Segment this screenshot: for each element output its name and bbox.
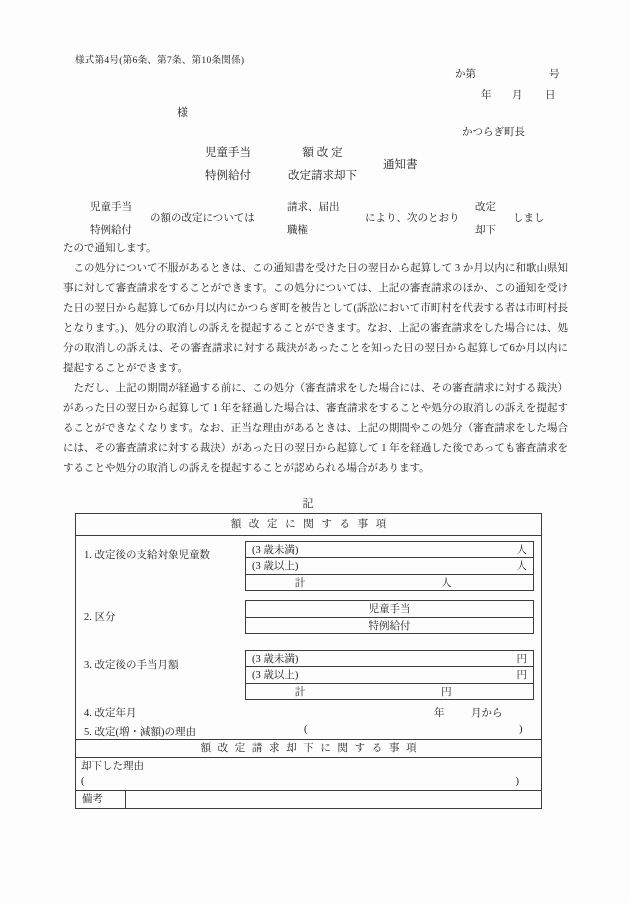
amount-total-row: 計 円 [246, 684, 533, 699]
children-count-box: (3 歳未満) 人 (3 歳以上) 人 計 人 [245, 541, 534, 591]
children-total-unit: 人 [441, 575, 452, 590]
item4-label: 4. 改定年月 [84, 705, 137, 720]
children-total-row: 計 人 [246, 575, 533, 590]
children-total-label: 計 [295, 575, 306, 590]
title-suffix-notice: 通知書 [383, 156, 418, 172]
rejection-reason-cell: 却下した理由 ( ) [76, 758, 541, 791]
item5-paren-close: ) [519, 724, 523, 735]
remarks-value-cell [126, 791, 541, 808]
item3-label: 3. 改定後の手当月額 [84, 657, 179, 672]
children-under3-unit: 人 [517, 542, 528, 557]
intro-benefit-options: 児童手当 特例給付 [90, 196, 132, 242]
amount-under3-unit: 円 [517, 651, 528, 666]
intro-option-revised: 改定 [475, 196, 496, 219]
amount-total-unit: 円 [441, 684, 452, 699]
title-action-options: 額 改 定 改定請求却下 [288, 142, 357, 188]
title-option-child-allowance: 児童手当 [205, 142, 251, 165]
remarks-row: 備考 [76, 791, 541, 808]
doc-number-suffix: 号 [549, 66, 560, 81]
intro-option-rejected: 却下 [475, 219, 496, 242]
item1-label: 1. 改定後の支給対象児童数 [84, 547, 210, 562]
table-header-amount-revision: 額 改 定 に 関 す る 事 項 [76, 514, 541, 536]
intro-result-options: 改定 却下 [475, 196, 496, 242]
amount-over3-label: (3 歳以上) [252, 667, 298, 682]
item2-label: 2. 区分 [84, 609, 116, 624]
children-under3-label: (3 歳未満) [252, 542, 298, 557]
revision-table: 額 改 定 に 関 す る 事 項 1. 改定後の支給対象児童数 (3 歳未満)… [75, 513, 542, 809]
appeal-paragraph-1: この処分について不服があるときは、この通知書を受けた日の翌日から起算して 3 か… [63, 259, 568, 379]
item4-month-from-label: 月から [471, 705, 503, 720]
children-over3-unit: 人 [517, 558, 528, 573]
amount-under3-row: (3 歳未満) 円 [246, 651, 533, 667]
category-child-allowance-row: 児童手当 [246, 601, 533, 618]
intro-text-2: により、次のとおり [365, 210, 460, 225]
intro-option-child-allowance: 児童手当 [90, 196, 132, 219]
category-special-benefit: 特例給付 [369, 618, 411, 633]
date-day-label: 日 [545, 87, 556, 102]
rejection-paren-open: ( [81, 774, 85, 789]
children-over3-label: (3 歳以上) [252, 558, 298, 573]
amount-under3-label: (3 歳未満) [252, 651, 298, 666]
date-year-label: 年 [481, 87, 492, 102]
doc-number-prefix: か第 [455, 66, 476, 81]
item4-year-label: 年 [434, 705, 445, 720]
rejection-paren-close: ) [516, 774, 520, 789]
issuer-name: かつらぎ町長 [462, 124, 525, 139]
table-header-rejection: 額 改 定 請 求 却 下 に 関 す る 事 項 [76, 739, 541, 758]
category-child-allowance: 児童手当 [369, 601, 411, 616]
item5-paren-open: ( [304, 724, 308, 735]
table-body: 1. 改定後の支給対象児童数 (3 歳未満) 人 (3 歳以上) 人 計 人 2… [76, 536, 541, 739]
title-option-special-benefit: 特例給付 [205, 165, 251, 188]
intro-text-1: の額の改定については [150, 210, 255, 225]
rejection-reason-label: 却下した理由 [76, 759, 541, 774]
intro-option-request: 請求、届出 [287, 196, 340, 219]
rejection-reason-parens: ( ) [76, 774, 541, 789]
intro-basis-options: 請求、届出 職権 [287, 196, 340, 242]
form-number: 様式第4号(第6条、第7条、第10条関係) [75, 52, 244, 66]
amount-over3-unit: 円 [517, 667, 528, 682]
remarks-label: 備考 [76, 791, 126, 808]
monthly-amount-box: (3 歳未満) 円 (3 歳以上) 円 計 円 [245, 650, 534, 700]
children-under3-row: (3 歳未満) 人 [246, 542, 533, 558]
item5-label: 5. 改定(増・減額)の理由 [84, 724, 196, 739]
title-option-amount-revision: 額 改 定 [302, 142, 342, 165]
intro-option-special-benefit: 特例給付 [90, 219, 132, 242]
intro-text-4: たので通知します。 [63, 240, 157, 255]
document-page: 様式第4号(第6条、第7条、第10条関係) か第 号 年 月 日 様 かつらぎ町… [0, 0, 630, 903]
children-over3-row: (3 歳以上) 人 [246, 558, 533, 574]
intro-text-3: しまし [513, 210, 545, 225]
appeal-paragraph-2: ただし、上記の期間が経過する前に、この処分（審査請求をした場合には、その審査請求… [63, 379, 568, 479]
title-option-revision-request-rejection: 改定請求却下 [288, 165, 357, 188]
title-benefit-options: 児童手当 特例給付 [205, 142, 251, 188]
category-special-benefit-row: 特例給付 [246, 618, 533, 634]
amount-total-label: 計 [295, 684, 306, 699]
intro-option-authority: 職権 [287, 219, 340, 242]
addressee-suffix: 様 [177, 104, 188, 120]
date-month-label: 月 [512, 87, 523, 102]
category-box: 児童手当 特例給付 [245, 600, 534, 634]
ki-marker: 記 [63, 495, 553, 511]
amount-over3-row: (3 歳以上) 円 [246, 667, 533, 683]
